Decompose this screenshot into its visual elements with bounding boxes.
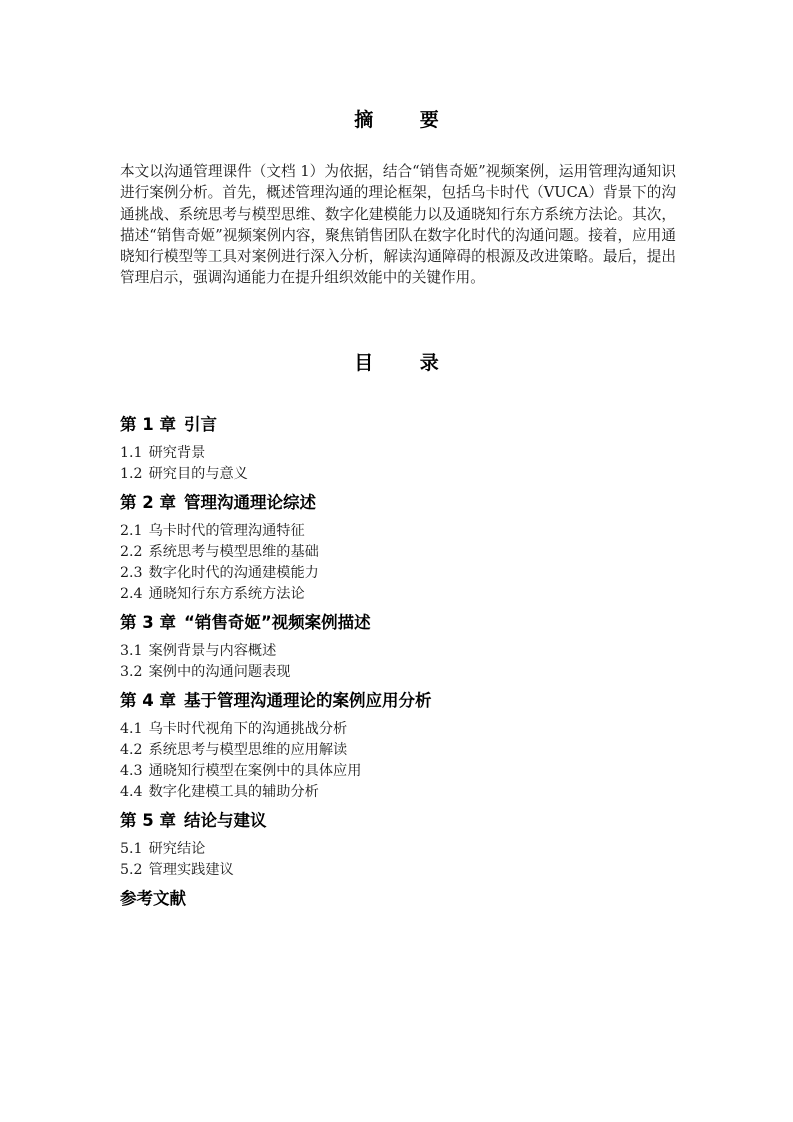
section-number: 2.4: [120, 584, 143, 605]
chapter-3-sections: 3.1案例背景与内容概述 3.2案例中的沟通问题表现: [120, 641, 676, 683]
chapter-title: “销售奇姬”视频案例描述: [184, 613, 371, 632]
section-number: 1.2: [120, 464, 143, 485]
section-title: 系统思考与模型思维的应用解读: [149, 742, 348, 758]
chapter-number: 第 5 章: [120, 811, 176, 830]
toc-chapter-3[interactable]: 第 3 章“销售奇姬”视频案例描述: [120, 611, 676, 635]
section-title: 系统思考与模型思维的基础: [149, 544, 319, 560]
document-page: 摘 要 本文以沟通管理课件（文档 1）为依据，结合“销售奇姬”视频案例，运用管理…: [0, 0, 793, 1122]
toc-section-4-1[interactable]: 4.1乌卡时代视角下的沟通挑战分析: [120, 719, 676, 740]
abstract-title: 摘 要: [0, 105, 793, 132]
toc-section-4-4[interactable]: 4.4数字化建模工具的辅助分析: [120, 782, 676, 803]
section-number: 4.3: [120, 761, 143, 782]
toc-section-2-1[interactable]: 2.1乌卡时代的管理沟通特征: [120, 521, 676, 542]
chapter-5-sections: 5.1研究结论 5.2管理实践建议: [120, 839, 676, 881]
section-title: 案例背景与内容概述: [149, 643, 277, 659]
toc-chapter-5[interactable]: 第 5 章结论与建议: [120, 809, 676, 833]
section-number: 1.1: [120, 443, 143, 464]
section-title: 研究背景: [149, 445, 206, 461]
toc-references[interactable]: 参考文献: [120, 887, 676, 911]
chapter-title: 管理沟通理论综述: [184, 493, 316, 512]
chapter-number: 第 4 章: [120, 691, 176, 710]
section-number: 5.2: [120, 860, 143, 881]
toc-section-3-1[interactable]: 3.1案例背景与内容概述: [120, 641, 676, 662]
section-number: 4.4: [120, 782, 143, 803]
toc-section-3-2[interactable]: 3.2案例中的沟通问题表现: [120, 662, 676, 683]
section-title: 案例中的沟通问题表现: [149, 664, 291, 680]
section-number: 5.1: [120, 839, 143, 860]
toc-chapter-4[interactable]: 第 4 章基于管理沟通理论的案例应用分析: [120, 689, 676, 713]
toc-section-2-2[interactable]: 2.2系统思考与模型思维的基础: [120, 542, 676, 563]
toc-section-5-2[interactable]: 5.2管理实践建议: [120, 860, 676, 881]
chapter-number: 第 1 章: [120, 415, 176, 434]
toc-chapter-2[interactable]: 第 2 章管理沟通理论综述: [120, 491, 676, 515]
toc-section-1-2[interactable]: 1.2研究目的与意义: [120, 464, 676, 485]
toc-section-2-4[interactable]: 2.4通晓知行东方系统方法论: [120, 584, 676, 605]
chapter-title: 基于管理沟通理论的案例应用分析: [184, 691, 432, 710]
chapter-title: 结论与建议: [184, 811, 267, 830]
section-number: 2.1: [120, 521, 143, 542]
abstract-body: 本文以沟通管理课件（文档 1）为依据，结合“销售奇姬”视频案例，运用管理沟通知识…: [120, 161, 676, 289]
section-title: 乌卡时代视角下的沟通挑战分析: [149, 721, 348, 737]
toc-title: 目 录: [0, 348, 793, 375]
toc-chapter-1[interactable]: 第 1 章引言: [120, 413, 676, 437]
toc-section-1-1[interactable]: 1.1研究背景: [120, 443, 676, 464]
toc-section-4-3[interactable]: 4.3通晓知行模型在案例中的具体应用: [120, 761, 676, 782]
section-title: 研究目的与意义: [149, 466, 248, 482]
table-of-contents: 第 1 章引言 1.1研究背景 1.2研究目的与意义 第 2 章管理沟通理论综述…: [120, 413, 676, 911]
toc-section-2-3[interactable]: 2.3数字化时代的沟通建模能力: [120, 563, 676, 584]
section-number: 4.2: [120, 740, 143, 761]
section-number: 3.2: [120, 662, 143, 683]
section-title: 数字化时代的沟通建模能力: [149, 565, 319, 581]
section-title: 通晓知行东方系统方法论: [149, 586, 305, 602]
chapter-4-sections: 4.1乌卡时代视角下的沟通挑战分析 4.2系统思考与模型思维的应用解读 4.3通…: [120, 719, 676, 803]
chapter-1-sections: 1.1研究背景 1.2研究目的与意义: [120, 443, 676, 485]
chapter-title: 引言: [184, 415, 217, 434]
chapter-number: 第 3 章: [120, 613, 176, 632]
section-number: 4.1: [120, 719, 143, 740]
section-title: 通晓知行模型在案例中的具体应用: [149, 763, 362, 779]
toc-section-5-1[interactable]: 5.1研究结论: [120, 839, 676, 860]
chapter-number: 第 2 章: [120, 493, 176, 512]
toc-section-4-2[interactable]: 4.2系统思考与模型思维的应用解读: [120, 740, 676, 761]
section-number: 3.1: [120, 641, 143, 662]
section-title: 研究结论: [149, 841, 206, 857]
section-title: 数字化建模工具的辅助分析: [149, 784, 319, 800]
section-number: 2.2: [120, 542, 143, 563]
section-title: 管理实践建议: [149, 862, 234, 878]
chapter-2-sections: 2.1乌卡时代的管理沟通特征 2.2系统思考与模型思维的基础 2.3数字化时代的…: [120, 521, 676, 605]
section-title: 乌卡时代的管理沟通特征: [149, 523, 305, 539]
section-number: 2.3: [120, 563, 143, 584]
